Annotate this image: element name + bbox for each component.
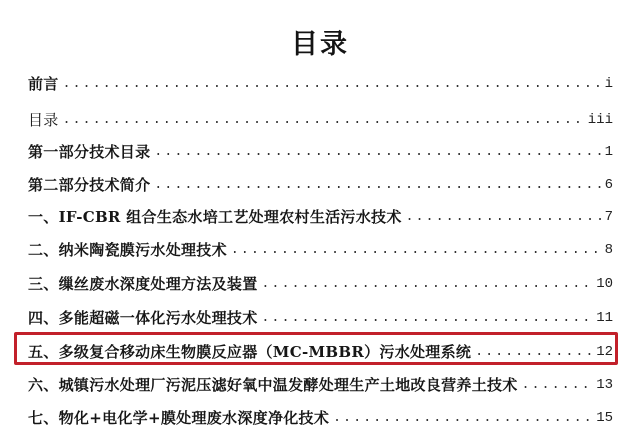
toc-entry-section-2[interactable]: 二、纳米陶瓷膜污水处理技术 8: [28, 236, 613, 260]
toc-entry-page: 6: [605, 175, 613, 195]
toc-entry-page: 7: [605, 207, 613, 227]
toc-entry-part-two[interactable]: 第二部分技术简介 6: [28, 171, 613, 195]
dot-leader: [63, 110, 586, 130]
toc-entry-section-3[interactable]: 三、缫丝废水深度处理方法及装置 10: [28, 270, 613, 294]
toc-entry-label: 四、多能超磁一体化污水处理技术: [28, 308, 258, 328]
toc-entry-page: iii: [588, 110, 613, 130]
toc-entry-page: 13: [596, 375, 613, 395]
toc-entry-label: 第二部分技术简介: [28, 175, 150, 195]
toc-entry-label: 一、IF-CBR 组合生态水培工艺处理农村生活污水技术: [28, 207, 402, 227]
toc-entry-label: 七、物化+电化学+膜处理废水深度净化技术: [28, 408, 329, 428]
toc-entry-part-one[interactable]: 第一部分技术目录 1: [28, 138, 613, 162]
toc-entry-label: 六、城镇污水处理厂污泥压滤好氧中温发酵处理生产土地改良营养土技术: [28, 375, 518, 395]
dot-leader: [522, 375, 595, 395]
toc-entry-page: 10: [596, 274, 613, 294]
toc-entry-page: i: [605, 74, 613, 94]
toc-entry-label: 三、缫丝废水深度处理方法及装置: [28, 274, 258, 294]
dot-leader: [231, 240, 603, 260]
dot-leader: [406, 207, 603, 227]
dot-leader: [154, 175, 602, 195]
toc-entry-preface[interactable]: 前言 i: [28, 70, 613, 94]
toc-title: 目录: [0, 22, 640, 61]
highlight-annotation-box: [14, 332, 618, 365]
toc-entry-label: 目录: [28, 110, 59, 130]
dot-leader: [63, 74, 603, 94]
dot-leader: [262, 308, 595, 328]
dot-leader: [333, 408, 594, 428]
dot-leader: [154, 142, 602, 162]
toc-entry-section-4[interactable]: 四、多能超磁一体化污水处理技术 11: [28, 304, 613, 328]
dot-leader: [262, 274, 595, 294]
toc-entry-page: 11: [596, 308, 613, 328]
toc-entry-section-6[interactable]: 六、城镇污水处理厂污泥压滤好氧中温发酵处理生产土地改良营养土技术 13: [28, 371, 613, 395]
toc-entry-label: 第一部分技术目录: [28, 142, 150, 162]
toc-entry-page: 15: [596, 408, 613, 428]
toc-entry-page: 1: [605, 142, 613, 162]
toc-entry-section-7[interactable]: 七、物化+电化学+膜处理废水深度净化技术 15: [28, 404, 613, 428]
toc-entry-section-1[interactable]: 一、IF-CBR 组合生态水培工艺处理农村生活污水技术 7: [28, 203, 613, 227]
toc-entry-label: 二、纳米陶瓷膜污水处理技术: [28, 240, 227, 260]
toc-entry-label: 前言: [28, 74, 59, 94]
toc-entry-contents[interactable]: 目录 iii: [28, 106, 613, 130]
toc-entry-page: 8: [605, 240, 613, 260]
